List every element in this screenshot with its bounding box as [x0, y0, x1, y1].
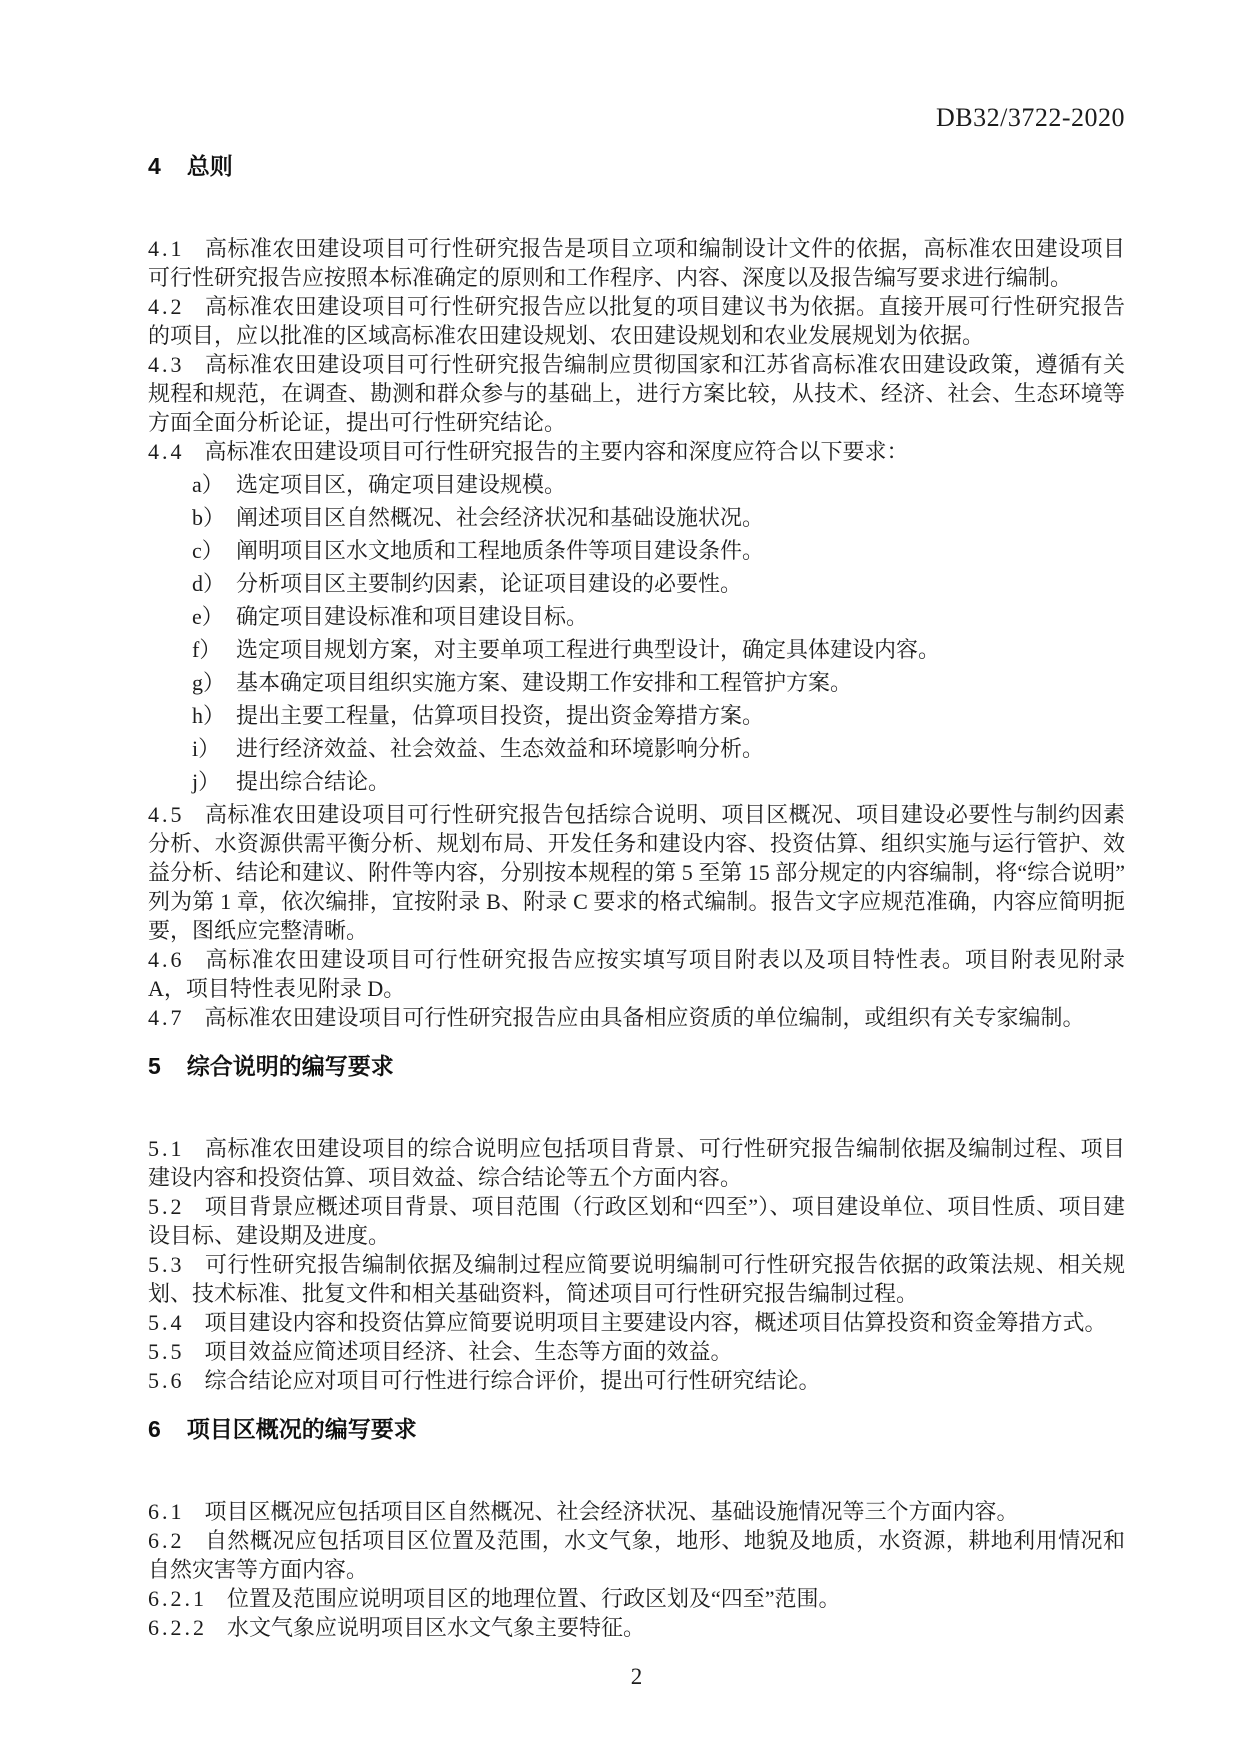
- clause-text: 高标准农田建设项目可行性研究报告应按实填写项目附表以及项目特性表。项目附表见附录…: [148, 947, 1125, 1001]
- clause-text: 自然概况应包括项目区位置及范围，水文气象，地形、地貌及地质，水资源，耕地利用情况…: [148, 1528, 1125, 1582]
- clause-4-6: 4.6高标准农田建设项目可行性研究报告应按实填写项目附表以及项目特性表。项目附表…: [148, 945, 1125, 1003]
- requirement-list: a）选定项目区，确定项目建设规模。 b）阐述项目区自然概况、社会经济状况和基础设…: [148, 468, 1125, 798]
- clause-text: 位置及范围应说明项目区的地理位置、行政区划及“四至”范围。: [227, 1586, 841, 1611]
- list-item-i: i）进行经济效益、社会效益、生态效益和环境影响分析。: [192, 732, 1125, 765]
- list-item-text: 选定项目区，确定项目建设规模。: [236, 472, 566, 497]
- list-item-j: j）提出综合结论。: [192, 765, 1125, 798]
- clause-number: 5.1: [148, 1136, 185, 1161]
- clause-number: 6.2.1: [148, 1586, 207, 1611]
- clause-text: 高标准农田建设项目可行性研究报告包括综合说明、项目区概况、项目建设必要性与制约因…: [148, 802, 1125, 943]
- clause-number: 5.3: [148, 1252, 185, 1277]
- list-item-text: 提出主要工程量，估算项目投资，提出资金筹措方案。: [236, 703, 764, 728]
- list-item-d: d）分析项目区主要制约因素，论证项目建设的必要性。: [192, 567, 1125, 600]
- clause-6-1: 6.1项目区概况应包括项目区自然概况、社会经济状况、基础设施情况等三个方面内容。: [148, 1497, 1125, 1526]
- clause-text: 高标准农田建设项目可行性研究报告编制应贯彻国家和江苏省高标准农田建设政策，遵循有…: [148, 352, 1125, 435]
- clause-text: 项目区概况应包括项目区自然概况、社会经济状况、基础设施情况等三个方面内容。: [205, 1499, 1019, 1524]
- section-heading-6: 6项目区概况的编写要求: [148, 1417, 1125, 1441]
- list-item-letter: b）: [192, 501, 236, 534]
- list-item-text: 阐述项目区自然概况、社会经济状况和基础设施状况。: [236, 505, 764, 530]
- section-number: 4: [148, 153, 163, 179]
- clause-text: 项目效益应简述项目经济、社会、生态等方面的效益。: [205, 1339, 733, 1364]
- clause-4-5: 4.5高标准农田建设项目可行性研究报告包括综合说明、项目区概况、项目建设必要性与…: [148, 800, 1125, 945]
- clause-number: 4.2: [148, 294, 185, 319]
- list-item-text: 提出综合结论。: [236, 769, 390, 794]
- clause-number: 6.1: [148, 1499, 185, 1524]
- clause-number: 6.2: [148, 1528, 185, 1553]
- clause-text: 高标准农田建设项目的综合说明应包括项目背景、可行性研究报告编制依据及编制过程、项…: [148, 1136, 1125, 1190]
- clause-text: 高标准农田建设项目可行性研究报告是项目立项和编制设计文件的依据，高标准农田建设项…: [148, 236, 1125, 290]
- list-item-letter: f）: [192, 633, 236, 666]
- list-item-letter: g）: [192, 666, 236, 699]
- clause-4-7: 4.7高标准农田建设项目可行性研究报告应由具备相应资质的单位编制，或组织有关专家…: [148, 1003, 1125, 1032]
- list-item-text: 选定项目规划方案，对主要单项工程进行典型设计，确定具体建设内容。: [236, 637, 940, 662]
- section-title: 综合说明的编写要求: [187, 1053, 394, 1079]
- list-item-a: a）选定项目区，确定项目建设规模。: [192, 468, 1125, 501]
- clause-text: 水文气象应说明项目区水文气象主要特征。: [227, 1615, 645, 1640]
- list-item-c: c）阐明项目区水文地质和工程地质条件等项目建设条件。: [192, 534, 1125, 567]
- list-item-letter: i）: [192, 732, 236, 765]
- list-item-letter: a）: [192, 468, 236, 501]
- clause-5-5: 5.5项目效益应简述项目经济、社会、生态等方面的效益。: [148, 1337, 1125, 1366]
- section-number: 5: [148, 1053, 163, 1079]
- list-item-h: h）提出主要工程量，估算项目投资，提出资金筹措方案。: [192, 699, 1125, 732]
- clause-number: 6.2.2: [148, 1615, 207, 1640]
- list-item-text: 确定项目建设标准和项目建设目标。: [236, 604, 588, 629]
- clause-5-4: 5.4项目建设内容和投资估算应简要说明项目主要建设内容，概述项目估算投资和资金筹…: [148, 1308, 1125, 1337]
- clause-number: 4.6: [148, 947, 185, 972]
- clause-number: 5.2: [148, 1194, 185, 1219]
- page-number: 2: [148, 1664, 1125, 1690]
- clause-number: 4.7: [148, 1005, 185, 1030]
- clause-number: 4.1: [148, 236, 185, 261]
- clause-text: 高标准农田建设项目可行性研究报告应由具备相应资质的单位编制，或组织有关专家编制。: [205, 1005, 1085, 1030]
- clause-4-4: 4.4高标准农田建设项目可行性研究报告的主要内容和深度应符合以下要求：: [148, 437, 1125, 466]
- clause-5-1: 5.1高标准农田建设项目的综合说明应包括项目背景、可行性研究报告编制依据及编制过…: [148, 1134, 1125, 1192]
- clause-text: 项目建设内容和投资估算应简要说明项目主要建设内容，概述项目估算投资和资金筹措方式…: [205, 1310, 1107, 1335]
- list-item-text: 分析项目区主要制约因素，论证项目建设的必要性。: [236, 571, 742, 596]
- clause-4-2: 4.2高标准农田建设项目可行性研究报告应以批复的项目建议书为依据。直接开展可行性…: [148, 292, 1125, 350]
- clause-6-2-2: 6.2.2水文气象应说明项目区水文气象主要特征。: [148, 1613, 1125, 1642]
- list-item-f: f）选定项目规划方案，对主要单项工程进行典型设计，确定具体建设内容。: [192, 633, 1125, 666]
- list-item-b: b）阐述项目区自然概况、社会经济状况和基础设施状况。: [192, 501, 1125, 534]
- list-item-letter: d）: [192, 567, 236, 600]
- list-item-text: 基本确定项目组织实施方案、建设期工作安排和工程管护方案。: [236, 670, 852, 695]
- clause-5-2: 5.2项目背景应概述项目背景、项目范围（行政区划和“四至”）、项目建设单位、项目…: [148, 1192, 1125, 1250]
- section-number: 6: [148, 1416, 163, 1442]
- clause-number: 4.3: [148, 352, 185, 377]
- clause-text: 高标准农田建设项目可行性研究报告应以批复的项目建议书为依据。直接开展可行性研究报…: [148, 294, 1125, 348]
- list-item-letter: h）: [192, 699, 236, 732]
- clause-6-2: 6.2自然概况应包括项目区位置及范围，水文气象，地形、地貌及地质，水资源，耕地利…: [148, 1526, 1125, 1584]
- list-item-letter: j）: [192, 765, 236, 798]
- list-item-g: g）基本确定项目组织实施方案、建设期工作安排和工程管护方案。: [192, 666, 1125, 699]
- clause-text: 综合结论应对项目可行性进行综合评价，提出可行性研究结论。: [205, 1368, 821, 1393]
- list-item-text: 阐明项目区水文地质和工程地质条件等项目建设条件。: [236, 538, 764, 563]
- section-heading-4: 4总则: [148, 154, 1125, 178]
- clause-6-2-1: 6.2.1位置及范围应说明项目区的地理位置、行政区划及“四至”范围。: [148, 1584, 1125, 1613]
- clause-number: 5.6: [148, 1368, 185, 1393]
- clause-text: 项目背景应概述项目背景、项目范围（行政区划和“四至”）、项目建设单位、项目性质、…: [148, 1194, 1125, 1248]
- list-item-letter: c）: [192, 534, 236, 567]
- clause-number: 5.5: [148, 1339, 185, 1364]
- clause-4-1: 4.1高标准农田建设项目可行性研究报告是项目立项和编制设计文件的依据，高标准农田…: [148, 234, 1125, 292]
- list-item-letter: e）: [192, 600, 236, 633]
- clause-5-6: 5.6综合结论应对项目可行性进行综合评价，提出可行性研究结论。: [148, 1366, 1125, 1395]
- list-item-e: e）确定项目建设标准和项目建设目标。: [192, 600, 1125, 633]
- clause-text: 高标准农田建设项目可行性研究报告的主要内容和深度应符合以下要求：: [205, 439, 909, 464]
- clause-4-3: 4.3高标准农田建设项目可行性研究报告编制应贯彻国家和江苏省高标准农田建设政策，…: [148, 350, 1125, 437]
- clause-number: 4.4: [148, 439, 185, 464]
- clause-text: 可行性研究报告编制依据及编制过程应简要说明编制可行性研究报告依据的政策法规、相关…: [148, 1252, 1125, 1306]
- section-title: 项目区概况的编写要求: [187, 1416, 417, 1442]
- document-code: DB32/3722-2020: [936, 103, 1125, 132]
- clause-number: 4.5: [148, 802, 185, 827]
- clause-number: 5.4: [148, 1310, 185, 1335]
- document-code-header: DB32/3722-2020: [148, 104, 1125, 132]
- section-heading-5: 5综合说明的编写要求: [148, 1054, 1125, 1078]
- list-item-text: 进行经济效益、社会效益、生态效益和环境影响分析。: [236, 736, 764, 761]
- clause-5-3: 5.3可行性研究报告编制依据及编制过程应简要说明编制可行性研究报告依据的政策法规…: [148, 1250, 1125, 1308]
- section-title: 总则: [187, 153, 233, 179]
- document-page: DB32/3722-2020 4总则 4.1高标准农田建设项目可行性研究报告是项…: [0, 0, 1241, 1754]
